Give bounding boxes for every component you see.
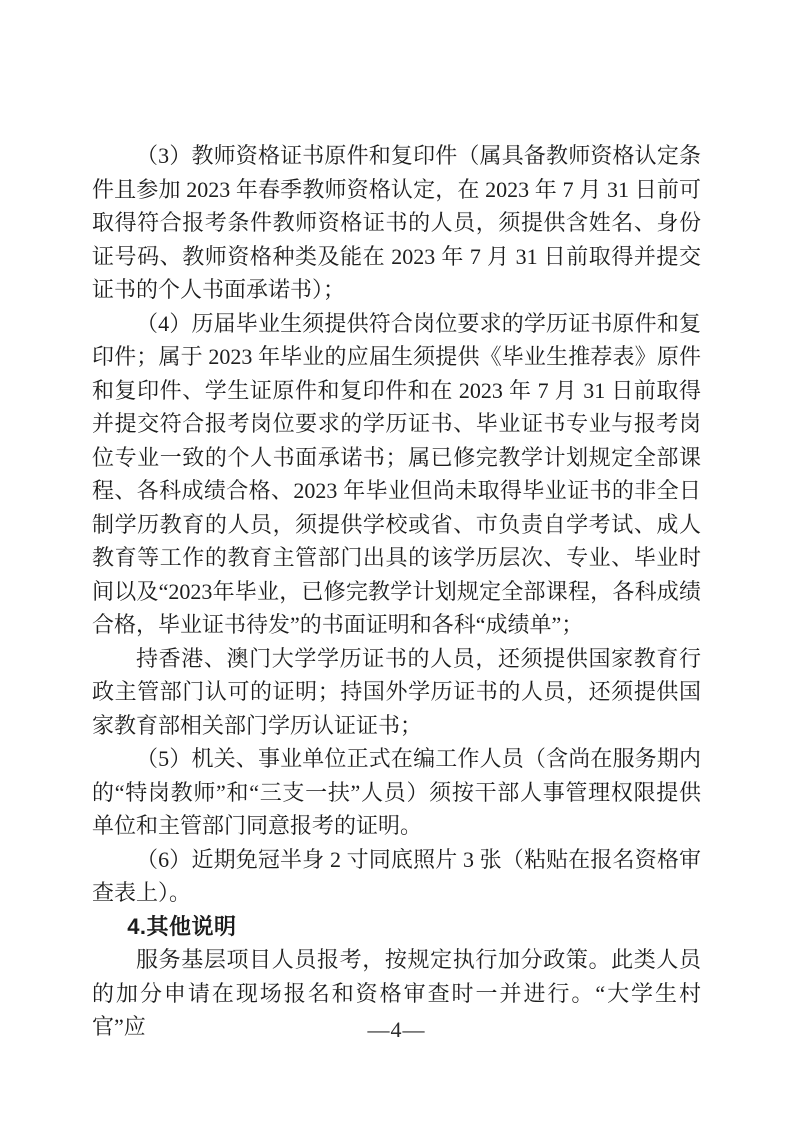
document-page: （3）教师资格证书原件和复印件（属具备教师资格认定条件且参加 2023 年春季教…	[0, 0, 793, 1122]
document-body: （3）教师资格证书原件和复印件（属具备教师资格认定条件且参加 2023 年春季教…	[92, 139, 701, 1044]
paragraph-item-5: （5）机关、事业单位正式在编工作人员（含尚在服务期内的“特岗教师”和“三支一扶”…	[92, 742, 701, 843]
paragraph-item-4: （4）历届毕业生须提供符合岗位要求的学历证书原件和复印件；属于 2023 年毕业…	[92, 307, 701, 642]
page-number: —4—	[0, 1015, 793, 1045]
paragraph-item-3: （3）教师资格证书原件和复印件（属具备教师资格认定条件且参加 2023 年春季教…	[92, 139, 701, 307]
paragraph-item-6: （6）近期免冠半身 2 寸同底照片 3 张（粘贴在报名资格审查表上）。	[92, 843, 701, 910]
section-heading-other-notes: 4.其他说明	[92, 910, 701, 944]
paragraph-hk-macau-foreign-degree: 持香港、澳门大学学历证书的人员，还须提供国家教育行政主管部门认可的证明；持国外学…	[92, 642, 701, 743]
